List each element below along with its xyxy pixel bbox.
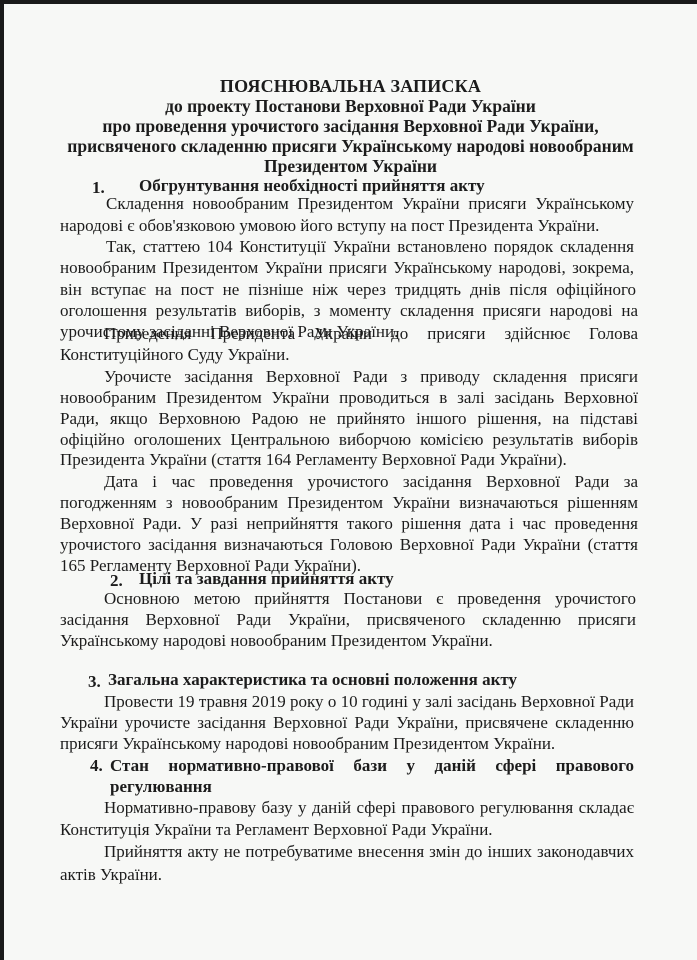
title-line: до проекту Постанови Верховної Ради Укра… (4, 96, 697, 116)
section-4-heading-line1: Стан нормативно-правової бази у даній сф… (110, 756, 634, 776)
section-3-number: 3. (88, 672, 101, 692)
paragraph-line: урочистого засідання визначаються Голово… (60, 535, 638, 555)
paragraph-line: України урочисте засідання Верховної Рад… (60, 713, 634, 733)
paragraph-line: Провести 19 травня 2019 року о 10 годині… (104, 692, 634, 712)
section-2-number: 2. (110, 571, 123, 591)
section-4-heading-line2: регулювання (110, 777, 212, 797)
section-4-number: 4. (90, 756, 103, 776)
paragraph-line: Прийняття акту не потребуватиме внесення… (104, 842, 634, 862)
paragraph-line: Президента України (стаття 164 Регламент… (60, 450, 567, 470)
paragraph-line: Приведення Президента України до присяги… (104, 324, 638, 344)
paragraph-line: Ради, якщо Верховною Радою не прийнято і… (60, 409, 638, 429)
paragraph-line: засідання Верховної Ради України, присвя… (60, 610, 636, 630)
section-2-heading: Цілі та завдання прийняття акту (139, 569, 394, 589)
paragraph-line: Так, статтею 104 Конституції України вст… (106, 237, 634, 257)
paragraph-line: Нормативно-правову базу у даній сфері пр… (104, 798, 634, 818)
paragraph-line: Конституція України та Регламент Верховн… (60, 820, 493, 840)
paragraph-line: Конституційного Суду України. (60, 345, 289, 365)
paragraph-line: він вступає на пост не пізніше ніж через… (60, 280, 636, 300)
section-1-heading: Обгрунтування необхідності прийняття акт… (139, 176, 485, 196)
paragraph-line: новообраним Президентом України присяги … (60, 258, 634, 278)
document-title: ПОЯСНЮВАЛЬНА ЗАПИСКА до проекту Постанов… (4, 76, 697, 176)
paragraph-line: народові є обов'язковою умовою його всту… (60, 216, 599, 236)
title-line: Президентом України (4, 156, 697, 176)
paragraph-line: Складення новообраним Президентом Україн… (106, 194, 634, 214)
document-page: ПОЯСНЮВАЛЬНА ЗАПИСКА до проекту Постанов… (4, 4, 697, 960)
paragraph-line: актів України. (60, 865, 162, 885)
section-1-number: 1. (92, 178, 105, 198)
section-3-heading: Загальна характеристика та основні полож… (108, 670, 517, 690)
paragraph-line: оголошення результатів виборів, з момент… (60, 301, 638, 321)
paragraph-line: Урочисте засідання Верховної Ради з прив… (104, 367, 638, 387)
paragraph-line: Дата і час проведення урочистого засідан… (104, 472, 638, 492)
title-line: про проведення урочистого засідання Верх… (4, 116, 697, 136)
paragraph-line: офіційно оголошених Центральною виборчою… (60, 430, 638, 450)
paragraph-line: Основною метою прийняття Постанови є про… (104, 589, 636, 609)
paragraph-line: Верховної Ради. У разі неприйняття таког… (60, 514, 638, 534)
paragraph-line: Українському народові новообраним Презид… (60, 631, 493, 651)
title-line: присвяченого складенню присяги Українськ… (4, 136, 697, 156)
paragraph-line: новообраним Президентом України проводит… (60, 388, 638, 408)
title-main: ПОЯСНЮВАЛЬНА ЗАПИСКА (4, 76, 697, 96)
paragraph-line: присяги Українському народові новообрани… (60, 734, 555, 754)
paragraph-line: погодженням з новообраним Президентом Ук… (60, 493, 638, 513)
